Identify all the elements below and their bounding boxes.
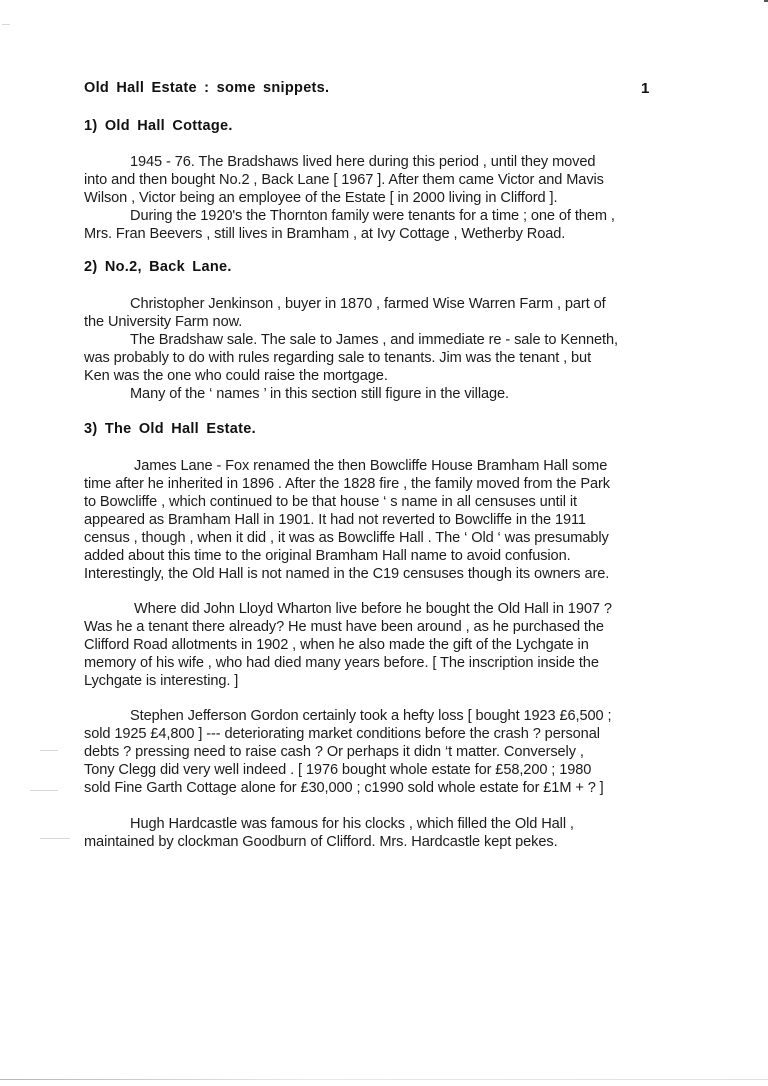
paragraph-line: census , though , when it did , it was a… [84,529,609,547]
paragraph-line: Many of the ‘ names ’ in this section st… [130,385,509,403]
scan-corner-mark [764,0,768,2]
paragraph-line: Hugh Hardcastle was famous for his clock… [130,815,574,833]
paragraph-line: was probably to do with rules regarding … [84,349,591,367]
paragraph-line: time after he inherited in 1896 . After … [84,475,610,493]
paragraph-line: Tony Clegg did very well indeed . [ 1976… [84,761,591,779]
scan-bottom-edge [0,1079,768,1080]
scan-speck [2,24,10,25]
paragraph-line: memory of his wife , who had died many y… [84,654,599,672]
section-heading-old-hall-cottage: 1) Old Hall Cottage. [84,118,233,134]
paragraph-line: Ken was the one who could raise the mort… [84,367,388,385]
paragraph-line: sold Fine Garth Cottage alone for £30,00… [84,779,604,797]
section-heading-old-hall-estate: 3) The Old Hall Estate. [84,421,256,437]
page-number: 1 [641,80,649,97]
paragraph-line: debts ? pressing need to raise cash ? Or… [84,743,584,761]
paragraph-line: Christopher Jenkinson , buyer in 1870 , … [130,295,606,313]
paragraph-line: James Lane - Fox renamed the then Bowcli… [134,457,607,475]
paragraph-line: the University Farm now. [84,313,242,331]
document-title: Old Hall Estate : some snippets. [84,80,329,96]
scan-speck [40,750,58,751]
paragraph-line: Stephen Jefferson Gordon certainly took … [130,707,611,725]
paragraph-line: The Bradshaw sale. The sale to James , a… [130,331,618,349]
paragraph-line: 1945 - 76. The Bradshaws lived here duri… [130,153,595,171]
paragraph-line: appeared as Bramham Hall in 1901. It had… [84,511,586,529]
paragraph-line: During the 1920's the Thornton family we… [130,207,615,225]
paragraph-line: Was he a tenant there already? He must h… [84,618,604,636]
scan-speck [30,790,58,791]
paragraph-line: Interestingly, the Old Hall is not named… [84,565,609,583]
document-page: Old Hall Estate : some snippets. 1 1) Ol… [0,0,768,1086]
paragraph-line: Clifford Road allotments in 1902 , when … [84,636,589,654]
paragraph-line: Wilson , Victor being an employee of the… [84,189,557,207]
paragraph-line: Where did John Lloyd Wharton live before… [134,600,612,618]
paragraph-line: maintained by clockman Goodburn of Cliff… [84,833,558,851]
paragraph-line: added about this time to the original Br… [84,547,571,565]
paragraph-line: Lychgate is interesting. ] [84,672,238,690]
paragraph-line: to Bowcliffe , which continued to be tha… [84,493,577,511]
paragraph-line: into and then bought No.2 , Back Lane [ … [84,171,604,189]
paragraph-line: Mrs. Fran Beevers , still lives in Bramh… [84,225,565,243]
section-heading-no2-back-lane: 2) No.2, Back Lane. [84,259,232,275]
paragraph-line: sold 1925 £4,800 ] --- deteriorating mar… [84,725,600,743]
scan-speck [40,838,70,839]
